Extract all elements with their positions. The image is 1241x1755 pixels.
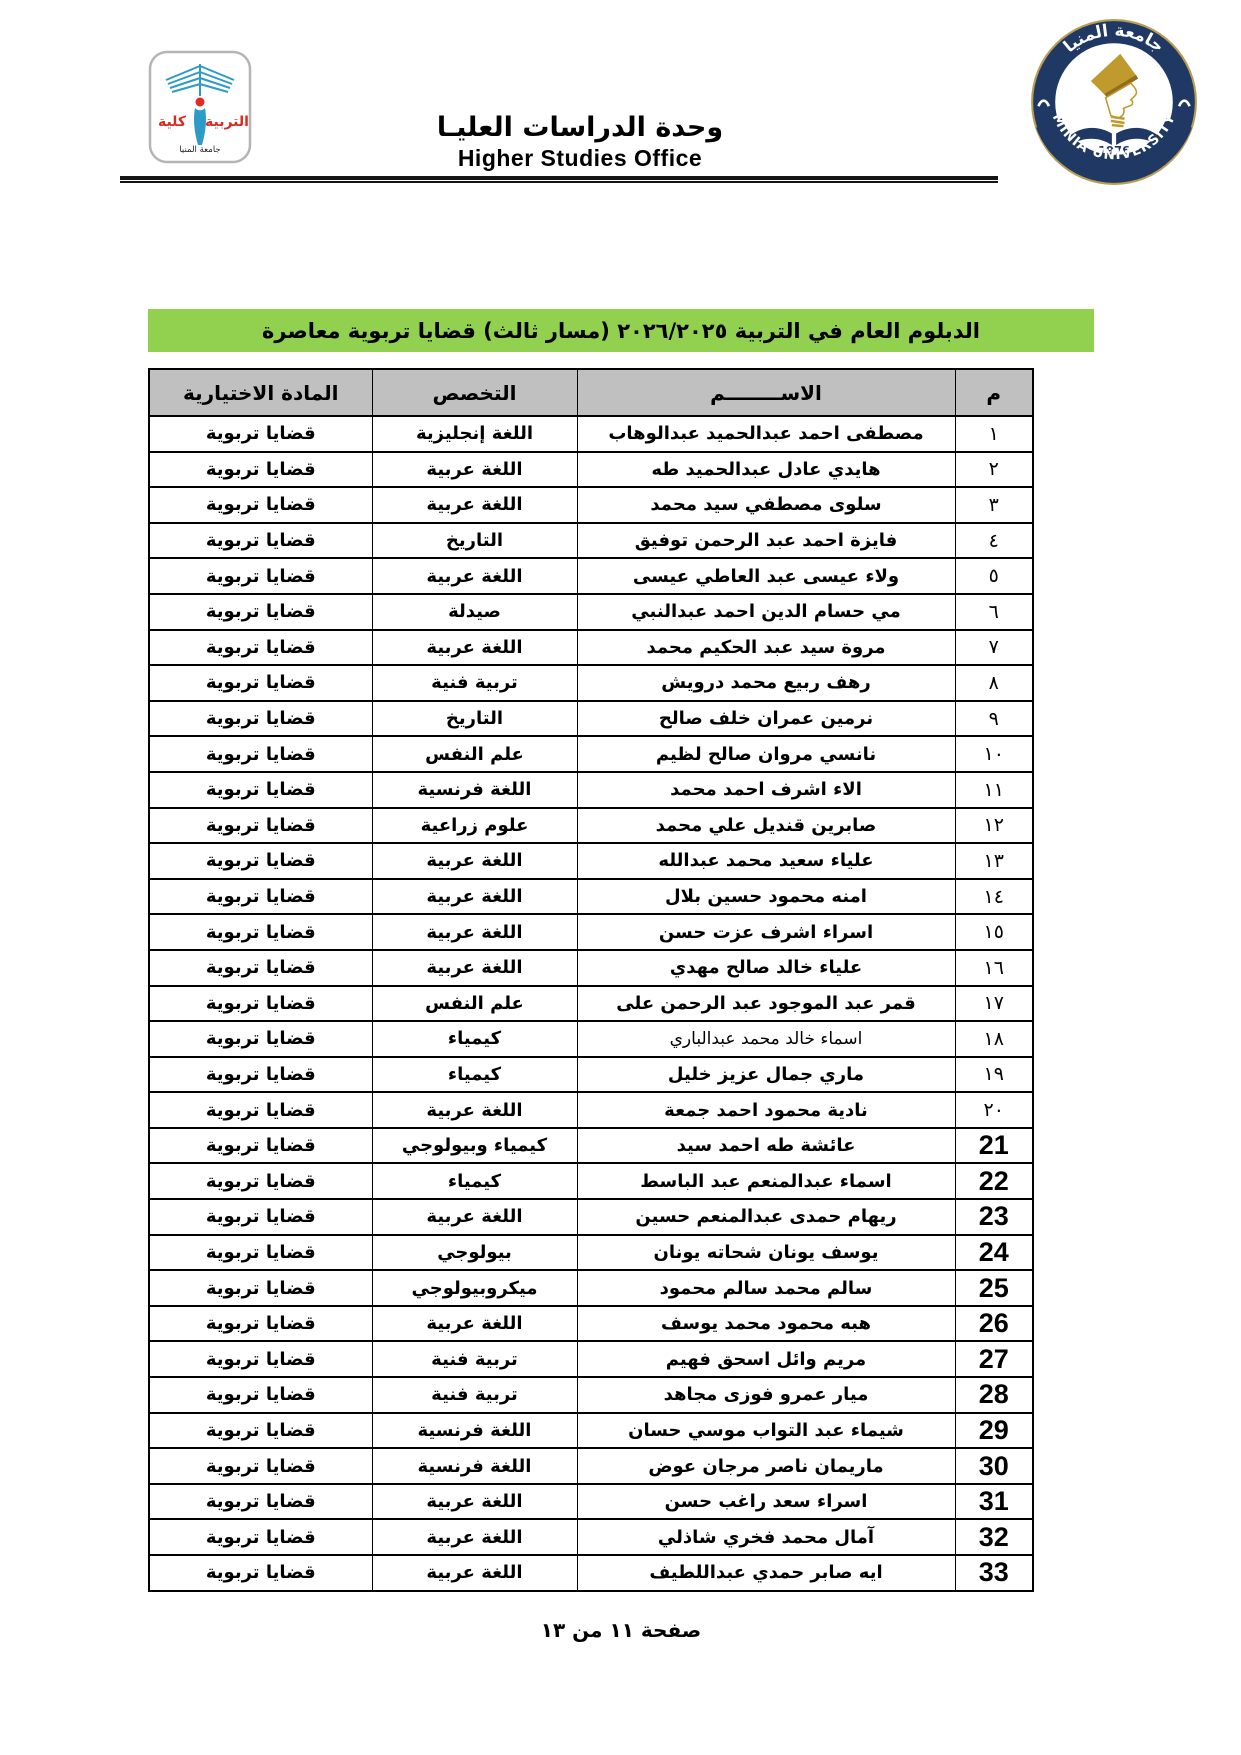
specialization: كيمياء bbox=[372, 1021, 577, 1057]
elective-subject: قضايا تربوية bbox=[149, 1484, 372, 1520]
row-number: 22 bbox=[955, 1163, 1033, 1199]
table-row: 28 ميار عمرو فوزى مجاهد تربية فنية قضايا… bbox=[149, 1377, 1033, 1413]
specialization: كيمياء bbox=[372, 1163, 577, 1199]
student-name: مروة سيد عبد الحكيم محمد bbox=[577, 630, 955, 666]
student-name: اسراء اشرف عزت حسن bbox=[577, 914, 955, 950]
table-row: ٢ هايدي عادل عبدالحميد طه اللغة عربية قض… bbox=[149, 452, 1033, 488]
specialization: اللغة فرنسية bbox=[372, 1413, 577, 1449]
row-number: 23 bbox=[955, 1199, 1033, 1235]
elective-subject: قضايا تربوية bbox=[149, 1128, 372, 1164]
student-name: ولاء عيسى عبد العاطي عيسى bbox=[577, 558, 955, 594]
elective-subject: قضايا تربوية bbox=[149, 1092, 372, 1128]
roster-table-container: م الاســــــــم التخصص المادة الاختيارية… bbox=[148, 368, 1032, 1592]
elective-subject: قضايا تربوية bbox=[149, 914, 372, 950]
specialization: اللغة فرنسية bbox=[372, 1448, 577, 1484]
student-name: عائشة طه احمد سيد bbox=[577, 1128, 955, 1164]
specialization: كيمياء وبيولوجي bbox=[372, 1128, 577, 1164]
table-row: 29 شيماء عبد التواب موسي حسان اللغة فرنس… bbox=[149, 1413, 1033, 1449]
elective-subject: قضايا تربوية bbox=[149, 1555, 372, 1591]
elective-subject: قضايا تربوية bbox=[149, 1413, 372, 1449]
student-name: مي حسام الدين احمد عبدالنبي bbox=[577, 594, 955, 630]
elective-subject: قضايا تربوية bbox=[149, 1341, 372, 1377]
row-number: 30 bbox=[955, 1448, 1033, 1484]
table-row: ١١ الاء اشرف احمد محمد اللغة فرنسية قضاي… bbox=[149, 772, 1033, 808]
specialization: تربية فنية bbox=[372, 1341, 577, 1377]
elective-subject: قضايا تربوية bbox=[149, 772, 372, 808]
row-number: ١ bbox=[955, 416, 1033, 452]
student-name: مريم وائل اسحق فهيم bbox=[577, 1341, 955, 1377]
table-row: ٣ سلوى مصطفي سيد محمد اللغة عربية قضايا … bbox=[149, 487, 1033, 523]
specialization: التاريخ bbox=[372, 523, 577, 559]
row-number: ٦ bbox=[955, 594, 1033, 630]
table-header-row: م الاســــــــم التخصص المادة الاختيارية bbox=[149, 369, 1033, 416]
row-number: ٣ bbox=[955, 487, 1033, 523]
elective-subject: قضايا تربوية bbox=[149, 416, 372, 452]
row-number: 25 bbox=[955, 1270, 1033, 1306]
row-number: 32 bbox=[955, 1519, 1033, 1555]
row-number: 26 bbox=[955, 1306, 1033, 1342]
row-number: 29 bbox=[955, 1413, 1033, 1449]
specialization: اللغة عربية bbox=[372, 1484, 577, 1520]
row-number: ١٧ bbox=[955, 986, 1033, 1022]
row-number: ١٨ bbox=[955, 1021, 1033, 1057]
table-row: ١٢ صابرين قنديل علي محمد علوم زراعية قضا… bbox=[149, 808, 1033, 844]
specialization: اللغة فرنسية bbox=[372, 772, 577, 808]
faculty-university-name: جامعة المنيا bbox=[179, 145, 220, 155]
row-number: 27 bbox=[955, 1341, 1033, 1377]
table-row: ٤ فايزة احمد عبد الرحمن توفيق التاريخ قض… bbox=[149, 523, 1033, 559]
student-name: اسراء سعد راغب حسن bbox=[577, 1484, 955, 1520]
table-row: ١٠ نانسي مروان صالح لظيم علم النفس قضايا… bbox=[149, 736, 1033, 772]
row-number: ١٩ bbox=[955, 1057, 1033, 1093]
specialization: اللغة عربية bbox=[372, 1555, 577, 1591]
table-row: 23 ريهام حمدى عبدالمنعم حسين اللغة عربية… bbox=[149, 1199, 1033, 1235]
row-number: ٩ bbox=[955, 701, 1033, 737]
student-name: الاء اشرف احمد محمد bbox=[577, 772, 955, 808]
student-name: اسماء خالد محمد عبدالباري bbox=[577, 1021, 955, 1057]
elective-subject: قضايا تربوية bbox=[149, 1199, 372, 1235]
elective-subject: قضايا تربوية bbox=[149, 452, 372, 488]
elective-subject: قضايا تربوية bbox=[149, 701, 372, 737]
student-name: علياء سعيد محمد عبدالله bbox=[577, 843, 955, 879]
elective-subject: قضايا تربوية bbox=[149, 487, 372, 523]
specialization: اللغة عربية bbox=[372, 914, 577, 950]
table-row: ٢٠ نادية محمود احمد جمعة اللغة عربية قضا… bbox=[149, 1092, 1033, 1128]
student-name: علياء خالد صالح مهدي bbox=[577, 950, 955, 986]
minia-university-seal: جامعة المنيا 1976 MINIA UNIVERSITY bbox=[1030, 18, 1198, 186]
student-name: آمال محمد فخري شاذلي bbox=[577, 1519, 955, 1555]
specialization: اللغة عربية bbox=[372, 843, 577, 879]
elective-subject: قضايا تربوية bbox=[149, 630, 372, 666]
specialization: اللغة عربية bbox=[372, 950, 577, 986]
row-number: ٤ bbox=[955, 523, 1033, 559]
row-number: ٧ bbox=[955, 630, 1033, 666]
student-name: يوسف يونان شحاته يونان bbox=[577, 1235, 955, 1271]
specialization: اللغة إنجليزية bbox=[372, 416, 577, 452]
table-row: ٧ مروة سيد عبد الحكيم محمد اللغة عربية ق… bbox=[149, 630, 1033, 666]
row-number: ١٦ bbox=[955, 950, 1033, 986]
faculty-word-left: كلية bbox=[158, 114, 187, 130]
specialization: تربية فنية bbox=[372, 665, 577, 701]
student-name: ريهام حمدى عبدالمنعم حسين bbox=[577, 1199, 955, 1235]
specialization: اللغة عربية bbox=[372, 1092, 577, 1128]
student-name: رهف ربيع محمد درويش bbox=[577, 665, 955, 701]
elective-subject: قضايا تربوية bbox=[149, 950, 372, 986]
student-name: ايه صابر حمدي عبداللطيف bbox=[577, 1555, 955, 1591]
elective-subject: قضايا تربوية bbox=[149, 558, 372, 594]
table-row: ١٩ ماري جمال عزيز خليل كيمياء قضايا تربو… bbox=[149, 1057, 1033, 1093]
table-row: 25 سالم محمد سالم محمود ميكروبيولوجي قضا… bbox=[149, 1270, 1033, 1306]
student-name: هايدي عادل عبدالحميد طه bbox=[577, 452, 955, 488]
header-specialization: التخصص bbox=[372, 369, 577, 416]
row-number: ١٢ bbox=[955, 808, 1033, 844]
table-row: 32 آمال محمد فخري شاذلي اللغة عربية قضاي… bbox=[149, 1519, 1033, 1555]
table-row: ١٨ اسماء خالد محمد عبدالباري كيمياء قضاي… bbox=[149, 1021, 1033, 1057]
table-row: ١٥ اسراء اشرف عزت حسن اللغة عربية قضايا … bbox=[149, 914, 1033, 950]
table-row: 27 مريم وائل اسحق فهيم تربية فنية قضايا … bbox=[149, 1341, 1033, 1377]
table-row: ١٣ علياء سعيد محمد عبدالله اللغة عربية ق… bbox=[149, 843, 1033, 879]
specialization: اللغة عربية bbox=[372, 1519, 577, 1555]
student-name: ميار عمرو فوزى مجاهد bbox=[577, 1377, 955, 1413]
elective-subject: قضايا تربوية bbox=[149, 523, 372, 559]
table-row: 33 ايه صابر حمدي عبداللطيف اللغة عربية ق… bbox=[149, 1555, 1033, 1591]
elective-subject: قضايا تربوية bbox=[149, 1270, 372, 1306]
specialization: اللغة عربية bbox=[372, 558, 577, 594]
faculty-word-right: التربية bbox=[205, 114, 249, 130]
specialization: اللغة عربية bbox=[372, 879, 577, 915]
specialization: ميكروبيولوجي bbox=[372, 1270, 577, 1306]
row-number: ١٣ bbox=[955, 843, 1033, 879]
specialization: صيدلة bbox=[372, 594, 577, 630]
table-row: ١٤ امنه محمود حسين بلال اللغة عربية قضاي… bbox=[149, 879, 1033, 915]
elective-subject: قضايا تربوية bbox=[149, 986, 372, 1022]
specialization: علوم زراعية bbox=[372, 808, 577, 844]
student-name: سلوى مصطفي سيد محمد bbox=[577, 487, 955, 523]
student-name: مصطفى احمد عبدالحميد عبدالوهاب bbox=[577, 416, 955, 452]
table-row: ٥ ولاء عيسى عبد العاطي عيسى اللغة عربية … bbox=[149, 558, 1033, 594]
table-row: 26 هبه محمود محمد يوسف اللغة عربية قضايا… bbox=[149, 1306, 1033, 1342]
table-row: 30 ماريمان ناصر مرجان عوض اللغة فرنسية ق… bbox=[149, 1448, 1033, 1484]
student-name: ماريمان ناصر مرجان عوض bbox=[577, 1448, 955, 1484]
row-number: ١١ bbox=[955, 772, 1033, 808]
student-name: ماري جمال عزيز خليل bbox=[577, 1057, 955, 1093]
row-number: ٢٠ bbox=[955, 1092, 1033, 1128]
student-name: صابرين قنديل علي محمد bbox=[577, 808, 955, 844]
elective-subject: قضايا تربوية bbox=[149, 1377, 372, 1413]
specialization: اللغة عربية bbox=[372, 1199, 577, 1235]
elective-subject: قضايا تربوية bbox=[149, 594, 372, 630]
specialization: اللغة عربية bbox=[372, 487, 577, 523]
student-name: سالم محمد سالم محمود bbox=[577, 1270, 955, 1306]
row-number: 28 bbox=[955, 1377, 1033, 1413]
elective-subject: قضايا تربوية bbox=[149, 1235, 372, 1271]
row-number: ١٤ bbox=[955, 879, 1033, 915]
unit-title-english: Higher Studies Office bbox=[300, 145, 860, 172]
page-number-footer: صفحة ١١ من ١٣ bbox=[148, 1618, 1094, 1642]
row-number: ٢ bbox=[955, 452, 1033, 488]
row-number: ١٥ bbox=[955, 914, 1033, 950]
elective-subject: قضايا تربوية bbox=[149, 879, 372, 915]
table-row: ١٧ قمر عبد الموجود عبد الرحمن على علم ال… bbox=[149, 986, 1033, 1022]
table-row: ١ مصطفى احمد عبدالحميد عبدالوهاب اللغة إ… bbox=[149, 416, 1033, 452]
row-number: ٥ bbox=[955, 558, 1033, 594]
specialization: اللغة عربية bbox=[372, 1306, 577, 1342]
header-elective: المادة الاختيارية bbox=[149, 369, 372, 416]
specialization: كيمياء bbox=[372, 1057, 577, 1093]
student-name: نادية محمود احمد جمعة bbox=[577, 1092, 955, 1128]
elective-subject: قضايا تربوية bbox=[149, 1163, 372, 1199]
elective-subject: قضايا تربوية bbox=[149, 1057, 372, 1093]
row-number: ٨ bbox=[955, 665, 1033, 701]
table-row: 31 اسراء سعد راغب حسن اللغة عربية قضايا … bbox=[149, 1484, 1033, 1520]
specialization: اللغة عربية bbox=[372, 452, 577, 488]
students-roster-table: م الاســــــــم التخصص المادة الاختيارية… bbox=[148, 368, 1034, 1592]
specialization: علم النفس bbox=[372, 986, 577, 1022]
elective-subject: قضايا تربوية bbox=[149, 665, 372, 701]
table-row: 21 عائشة طه احمد سيد كيمياء وبيولوجي قضا… bbox=[149, 1128, 1033, 1164]
table-row: ٩ نرمين عمران خلف صالح التاريخ قضايا ترب… bbox=[149, 701, 1033, 737]
student-name: امنه محمود حسين بلال bbox=[577, 879, 955, 915]
header-titles: وحدة الدراسات العليـا Higher Studies Off… bbox=[300, 112, 860, 172]
elective-subject: قضايا تربوية bbox=[149, 736, 372, 772]
table-row: 24 يوسف يونان شحاته يونان بيولوجي قضايا … bbox=[149, 1235, 1033, 1271]
student-name: قمر عبد الموجود عبد الرحمن على bbox=[577, 986, 955, 1022]
specialization: التاريخ bbox=[372, 701, 577, 737]
header-name: الاســــــــم bbox=[577, 369, 955, 416]
specialization: اللغة عربية bbox=[372, 630, 577, 666]
table-row: ١٦ علياء خالد صالح مهدي اللغة عربية قضاي… bbox=[149, 950, 1033, 986]
program-title-banner: الدبلوم العام في التربية ٢٠٢٦/٢٠٢٥ (مسار… bbox=[148, 309, 1094, 352]
elective-subject: قضايا تربوية bbox=[149, 1448, 372, 1484]
row-number: ١٠ bbox=[955, 736, 1033, 772]
student-name: شيماء عبد التواب موسي حسان bbox=[577, 1413, 955, 1449]
row-number: 21 bbox=[955, 1128, 1033, 1164]
student-name: نرمين عمران خلف صالح bbox=[577, 701, 955, 737]
table-row: ٦ مي حسام الدين احمد عبدالنبي صيدلة قضاي… bbox=[149, 594, 1033, 630]
specialization: تربية فنية bbox=[372, 1377, 577, 1413]
unit-title-arabic: وحدة الدراسات العليـا bbox=[300, 112, 860, 143]
elective-subject: قضايا تربوية bbox=[149, 1021, 372, 1057]
header-divider-rule bbox=[120, 176, 998, 183]
table-row: ٨ رهف ربيع محمد درويش تربية فنية قضايا ت… bbox=[149, 665, 1033, 701]
table-row: 22 اسماء عبدالمنعم عبد الباسط كيمياء قضا… bbox=[149, 1163, 1033, 1199]
row-number: 24 bbox=[955, 1235, 1033, 1271]
row-number: 33 bbox=[955, 1555, 1033, 1591]
document-page: كلية التربية جامعة المنيا وحدة الدراسات … bbox=[0, 0, 1241, 1755]
elective-subject: قضايا تربوية bbox=[149, 843, 372, 879]
student-name: نانسي مروان صالح لظيم bbox=[577, 736, 955, 772]
elective-subject: قضايا تربوية bbox=[149, 1519, 372, 1555]
header-number: م bbox=[955, 369, 1033, 416]
faculty-of-education-logo: كلية التربية جامعة المنيا bbox=[148, 50, 252, 164]
specialization: بيولوجي bbox=[372, 1235, 577, 1271]
elective-subject: قضايا تربوية bbox=[149, 1306, 372, 1342]
student-name: هبه محمود محمد يوسف bbox=[577, 1306, 955, 1342]
table-body: ١ مصطفى احمد عبدالحميد عبدالوهاب اللغة إ… bbox=[149, 416, 1033, 1591]
elective-subject: قضايا تربوية bbox=[149, 808, 372, 844]
row-number: 31 bbox=[955, 1484, 1033, 1520]
specialization: علم النفس bbox=[372, 736, 577, 772]
student-name: فايزة احمد عبد الرحمن توفيق bbox=[577, 523, 955, 559]
student-name: اسماء عبدالمنعم عبد الباسط bbox=[577, 1163, 955, 1199]
